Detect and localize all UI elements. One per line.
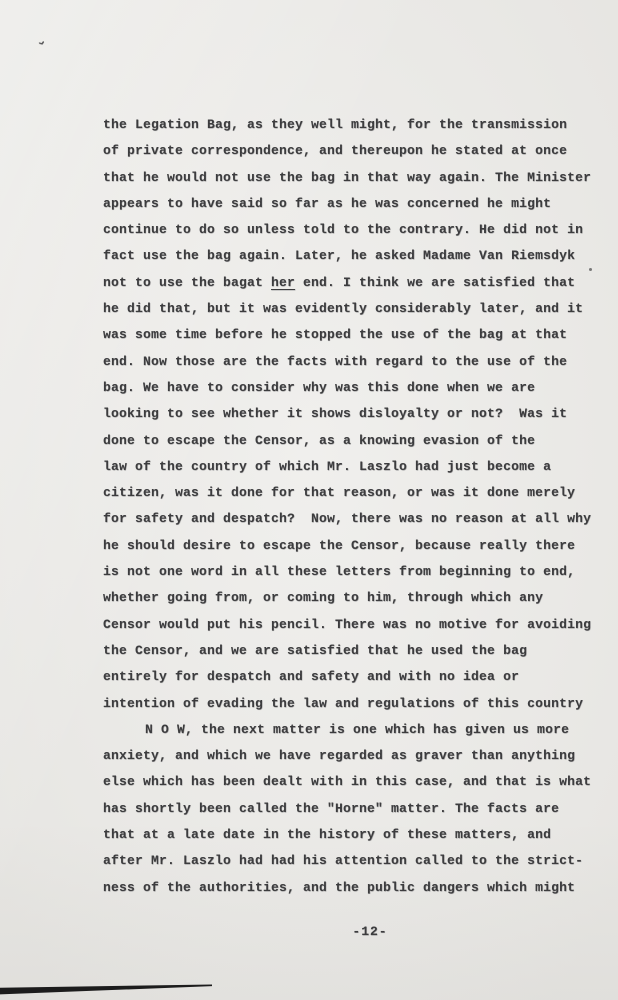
typed-line: anxiety, and which we have regarded as g… — [103, 743, 593, 769]
typed-line: law of the country of which Mr. Laszlo h… — [103, 454, 593, 480]
typed-line: the Legation Bag, as they well might, fo… — [103, 112, 593, 138]
typed-line: is not one word in all these letters fro… — [103, 559, 593, 585]
typed-line: for safety and despatch? Now, there was … — [103, 506, 593, 532]
typed-line: he did that, but it was evidently consid… — [103, 296, 593, 322]
ink-speck — [589, 268, 592, 271]
typed-line: ness of the authorities, and the public … — [103, 875, 593, 901]
typed-line: N O W, the next matter is one which has … — [103, 717, 593, 743]
typed-line: appears to have said so far as he was co… — [103, 191, 593, 217]
typed-line: the Censor, and we are satisfied that he… — [103, 638, 593, 664]
typed-line: looking to see whether it shows disloyal… — [103, 401, 593, 427]
typed-line: after Mr. Laszlo had had his attention c… — [103, 848, 593, 874]
typed-line: of private correspondence, and thereupon… — [103, 138, 593, 164]
typed-line: was some time before he stopped the use … — [103, 322, 593, 348]
typed-text-block: the Legation Bag, as they well might, fo… — [103, 112, 593, 901]
typed-line: else which has been dealt with in this c… — [103, 769, 593, 795]
typed-line: end. Now those are the facts with regard… — [103, 349, 593, 375]
typed-line: intention of evading the law and regulat… — [103, 691, 593, 717]
typed-line: not to use the bagat her end. I think we… — [103, 270, 593, 296]
typed-line: has shortly been called the "Horne" matt… — [103, 796, 593, 822]
typed-line: he should desire to escape the Censor, b… — [103, 533, 593, 559]
typed-line: that he would not use the bag in that wa… — [103, 165, 593, 191]
typed-line: continue to do so unless told to the con… — [103, 217, 593, 243]
typed-line: done to escape the Censor, as a knowing … — [103, 428, 593, 454]
scanned-document-page: { "page": { "background_color": "#ebeae7… — [0, 0, 618, 1000]
typed-line: fact use the bag again. Later, he asked … — [103, 243, 593, 269]
typed-line: that at a late date in the history of th… — [103, 822, 593, 848]
typed-line: Censor would put his pencil. There was n… — [103, 612, 593, 638]
typed-line: entirely for despatch and safety and wit… — [103, 664, 593, 690]
typed-line: whether going from, or coming to him, th… — [103, 585, 593, 611]
typed-line: citizen, was it done for that reason, or… — [103, 480, 593, 506]
typed-line: bag. We have to consider why was this do… — [103, 375, 593, 401]
page-number: -12- — [0, 924, 618, 939]
